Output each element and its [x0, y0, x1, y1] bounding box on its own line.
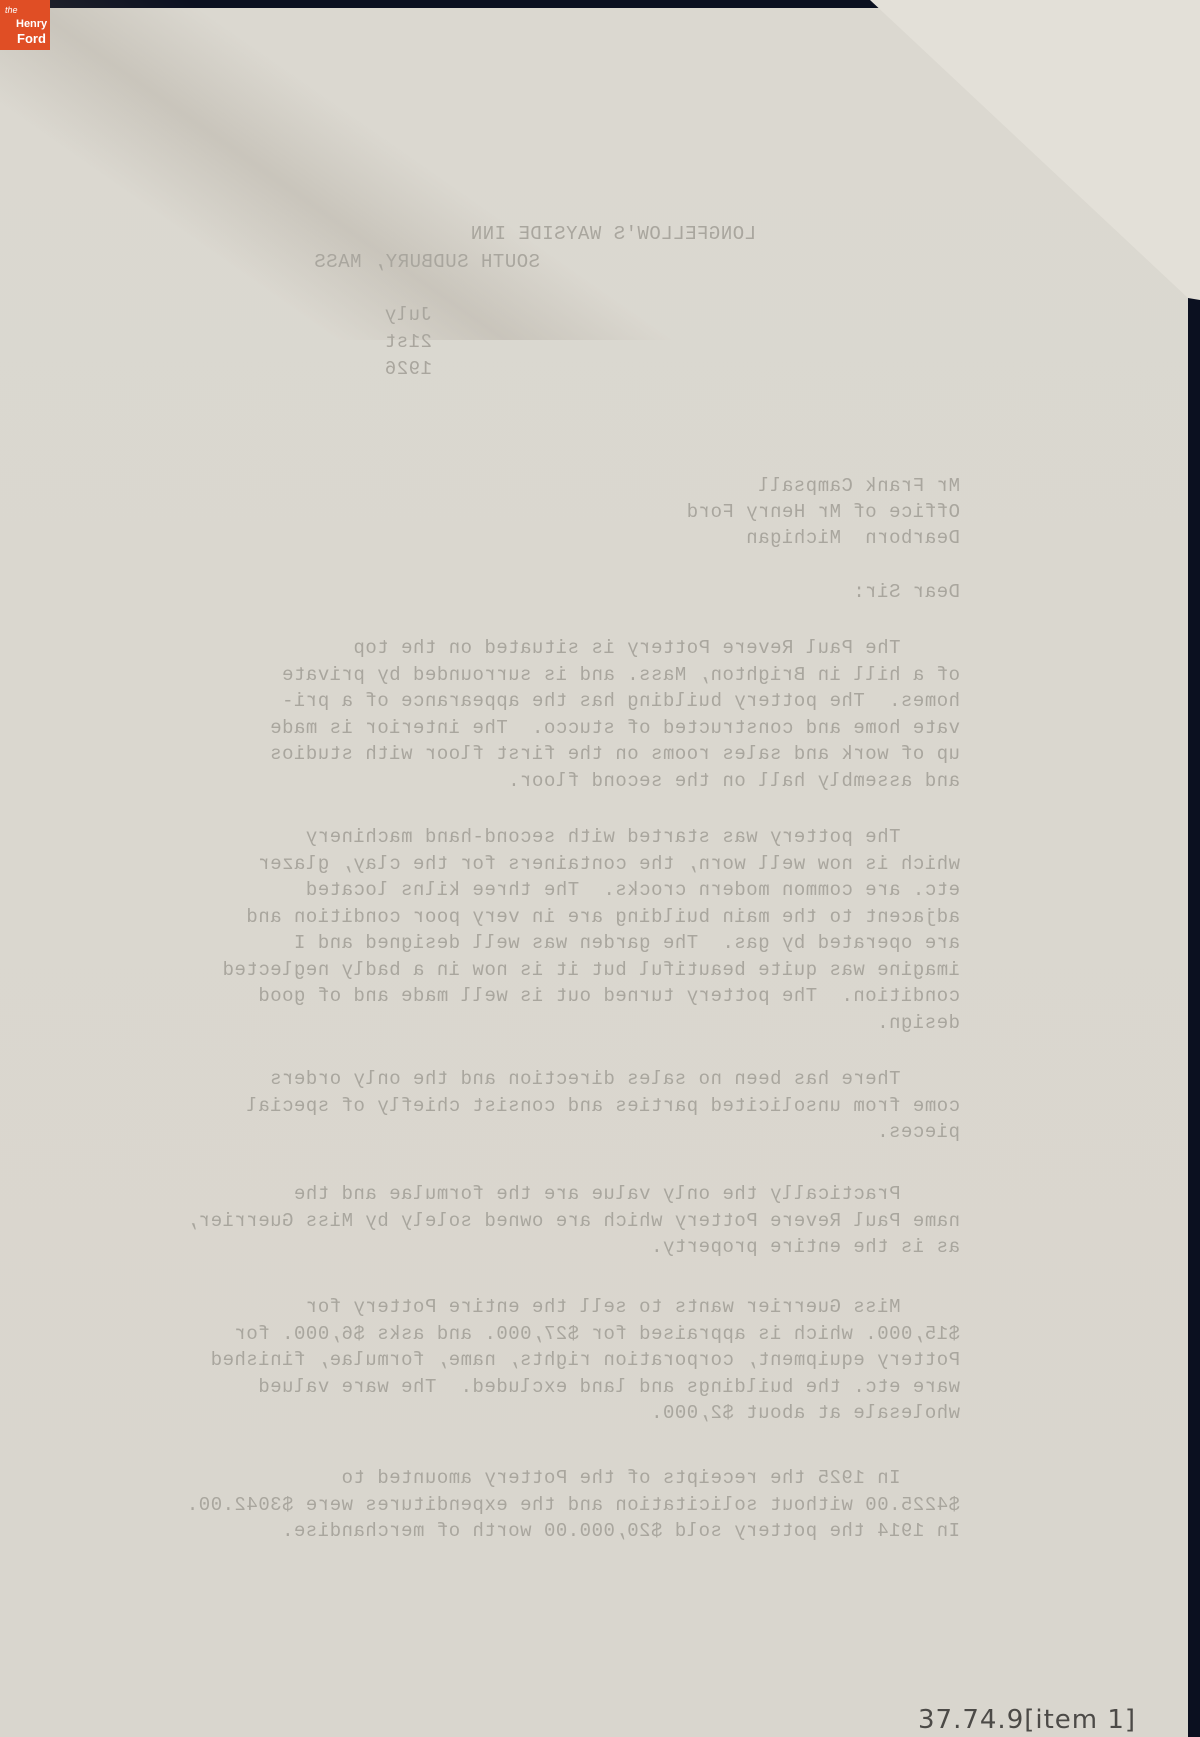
- letterhead-line-1: LONGFELLOW'S WAYSIDE INN: [470, 222, 756, 246]
- letter-line: as is the entire property.: [651, 1235, 960, 1259]
- letter-line: Miss Guerrier wants to sell the entire P…: [305, 1295, 960, 1319]
- letter-line: design.: [877, 1011, 960, 1035]
- letter-line: ware etc. the buildings and land exclude…: [258, 1375, 960, 1399]
- letter-line: which is now well worn, the containers f…: [258, 852, 960, 876]
- letter-line: condition. The pottery turned out is wel…: [258, 984, 960, 1008]
- letter-line: $4225.00 without solicitation and the ex…: [186, 1493, 960, 1517]
- letterhead-line-2: SOUTH SUDBURY, MASS: [314, 250, 540, 274]
- addressee-line-2: Office of Mr Henry Ford: [686, 500, 960, 524]
- letter-line: and assembly hall on the second floor.: [508, 769, 960, 793]
- letter-line: homes. The pottery building has the appe…: [282, 689, 960, 713]
- letter-line: etc. are common modern crocks. The three…: [305, 878, 960, 902]
- letter-line: are operated by gas. The garden was well…: [293, 931, 960, 955]
- letter-line: Practically the only value are the formu…: [293, 1182, 960, 1206]
- addressee-line-3: Dearborn Michigan: [746, 526, 960, 550]
- letter-line: up of work and sales rooms on the first …: [270, 742, 960, 766]
- letter-line: The pottery was started with second-hand…: [305, 825, 960, 849]
- mirrored-letter-text: LONGFELLOW'S WAYSIDE INN SOUTH SUDBURY, …: [0, 0, 1200, 1737]
- letter-line: In 1914 the pottery sold $20,000.00 wort…: [282, 1519, 960, 1543]
- letter-line: come from unsolicited parties and consis…: [246, 1094, 960, 1118]
- letter-line: In 1925 the receipts of the Pottery amou…: [341, 1466, 960, 1490]
- letter-line: adjacent to the main building are in ver…: [246, 905, 960, 929]
- letter-line: Pottery equipment, corporation rights, n…: [210, 1348, 960, 1372]
- addressee-line-1: Mr Frank Campsall: [758, 474, 960, 498]
- letter-line: There has been no sales direction and th…: [270, 1067, 960, 1091]
- salutation: Dear Sir:: [853, 580, 960, 604]
- handwritten-catalog-number: 37.74.9[item 1]: [918, 1705, 1136, 1735]
- letter-line: $15,000. which is appraised for $27,000.…: [234, 1322, 960, 1346]
- letter-line: vate home and constructed of stucco. The…: [270, 716, 960, 740]
- letter-line: of a hill in Brighton, Mass. and is surr…: [282, 663, 960, 687]
- letter-line: name Paul Revere Pottery which are owned…: [186, 1209, 960, 1233]
- date-day: 21st: [384, 330, 432, 354]
- date-year: 1926: [384, 357, 432, 381]
- letter-line: imagine was quite beautiful but it is no…: [222, 958, 960, 982]
- letter-line: pieces.: [877, 1120, 960, 1144]
- letter-line: The Paul Revere Pottery is situated on t…: [353, 636, 960, 660]
- date-month: July: [384, 303, 432, 327]
- letter-line: wholesale at about $2,000.: [651, 1401, 960, 1425]
